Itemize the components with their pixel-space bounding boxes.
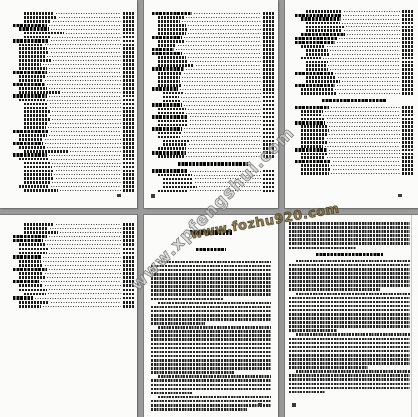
- toc-dot-leader: [182, 21, 261, 22]
- toc-entry-title: [19, 252, 47, 255]
- toc-entry-line: [13, 301, 134, 304]
- toc-entry-line: [295, 156, 413, 159]
- toc-dot-leader: [330, 61, 400, 62]
- body-paragraph: [289, 260, 410, 291]
- body-text-line: [289, 366, 368, 369]
- body-text-line: [289, 350, 410, 353]
- toc-entry-line: [13, 91, 134, 94]
- toc-entry-title: [19, 63, 41, 66]
- toc-dot-leader: [186, 41, 261, 42]
- body-text-line: [289, 383, 410, 386]
- toc-page-number: [123, 252, 134, 255]
- toc-entry-title: [152, 36, 182, 39]
- body-text-line: [151, 277, 271, 280]
- toc-entry-title: [301, 156, 325, 159]
- toc-entry-title: [19, 67, 47, 70]
- toc-dot-leader: [182, 136, 261, 137]
- toc-entry-title: [24, 181, 50, 184]
- toc-page-number: [402, 80, 413, 83]
- toc-entry-title: [13, 255, 41, 258]
- toc-page-number: [402, 33, 413, 36]
- toc-page-number: [263, 124, 274, 127]
- toc-page-number: [402, 92, 413, 95]
- body-paragraph: [289, 370, 410, 393]
- toc-entry-line: [13, 126, 134, 129]
- toc-entry-title: [19, 91, 60, 94]
- toc-dot-leader: [178, 45, 261, 46]
- toc-entry-line: [13, 272, 134, 275]
- toc-entry-line: [152, 128, 274, 131]
- toc-entry-title: [24, 114, 48, 117]
- toc-entry-line: [295, 114, 413, 117]
- toc-entry-title: [19, 99, 45, 102]
- toc-entry-title: [158, 108, 186, 111]
- toc-dot-leader: [51, 159, 121, 160]
- toc-entry-title: [19, 260, 41, 263]
- toc-section-heading: [295, 99, 413, 102]
- toc-page-number: [402, 88, 413, 91]
- toc-page-number: [123, 110, 134, 113]
- toc-entry-title: [301, 125, 327, 128]
- toc-page-number: [402, 68, 413, 71]
- toc-entry-line: [295, 106, 413, 109]
- toc-entry-line: [295, 118, 413, 121]
- toc-dot-leader: [49, 96, 121, 97]
- toc-page-number: [402, 110, 413, 113]
- toc-page-number: [402, 121, 413, 124]
- toc-entry-title: [306, 26, 344, 29]
- toc-page-number: [123, 59, 134, 62]
- toc-entry-title: [163, 92, 183, 95]
- toc-page-number: [123, 75, 134, 78]
- toc-entry-line: [295, 72, 413, 75]
- toc-entry-title: [19, 44, 43, 47]
- toc-entry-line: [152, 48, 274, 51]
- toc-dot-leader: [45, 139, 121, 140]
- toc-page-number: [123, 293, 134, 296]
- toc-entry-title: [306, 22, 340, 25]
- body-text-line: [151, 269, 271, 272]
- toc-page-number: [123, 181, 134, 184]
- toc-entry-title: [19, 59, 51, 62]
- toc-page-number: [123, 114, 134, 117]
- toc-page-number: [402, 141, 413, 144]
- toc-dot-leader: [49, 135, 121, 136]
- toc-entry-line: [152, 60, 274, 63]
- toc-entry-line: [13, 142, 134, 145]
- toc-entry-title: [301, 88, 333, 91]
- body-text-line: [289, 378, 410, 381]
- body-text-line: [151, 289, 271, 292]
- toc-page-number: [123, 20, 134, 23]
- toc-dot-leader: [332, 54, 400, 55]
- toc-dot-leader: [56, 224, 121, 225]
- toc-entry-title: [158, 80, 180, 83]
- toc-dot-leader: [184, 53, 261, 54]
- toc-page-number: [123, 32, 134, 35]
- toc-entry-line: [295, 41, 413, 44]
- toc-page-number: [402, 160, 413, 163]
- toc-page-number: [263, 12, 274, 15]
- toc-entry-line: [13, 173, 134, 176]
- toc-entry-line: [13, 268, 134, 271]
- body-text-line: [151, 388, 271, 391]
- toc-page-number: [123, 248, 134, 251]
- toc-entry-line: [295, 76, 413, 79]
- body-text-line: [151, 384, 271, 387]
- body-text-line: [289, 325, 410, 328]
- toc-entry-line: [295, 22, 413, 25]
- toc-entry-title: [158, 190, 188, 193]
- body-text-line: [151, 293, 271, 296]
- toc-dot-leader: [49, 25, 121, 26]
- toc-dot-leader: [335, 89, 400, 90]
- toc-entry-title: [158, 40, 184, 43]
- body-text-line: [289, 313, 410, 316]
- toc-dot-leader: [188, 57, 261, 58]
- toc-entry-title: [301, 92, 337, 95]
- toc-dot-leader: [52, 182, 121, 183]
- toc-page-number: [123, 239, 134, 242]
- toc-entry-title: [306, 53, 330, 56]
- toc-dot-leader: [47, 56, 121, 57]
- toc-entry-title: [301, 164, 329, 167]
- toc-dot-leader: [337, 85, 400, 86]
- toc-page-number: [402, 10, 413, 13]
- toc-entry-line: [152, 132, 274, 135]
- toc-dot-leader: [196, 65, 261, 66]
- toc-dot-leader: [337, 42, 400, 43]
- toc-entry-line: [295, 53, 413, 56]
- toc-page-number: [123, 36, 134, 39]
- toc-entry-line: [295, 172, 413, 175]
- toc-entry-title: [19, 272, 43, 275]
- toc-dot-leader: [188, 25, 261, 26]
- toc-dot-leader: [194, 175, 261, 176]
- scan-page-toc-2: [144, 0, 278, 208]
- toc-entry-title: [13, 280, 39, 283]
- toc-page-number: [123, 118, 134, 121]
- toc-dot-leader: [191, 140, 261, 141]
- toc-entry-title: [163, 143, 187, 146]
- toc-dot-leader: [53, 60, 121, 61]
- toc-page-number: [123, 256, 134, 259]
- toc-entry-title: [301, 137, 325, 140]
- toc-page-number: [123, 87, 134, 90]
- toc-entry-line: [295, 121, 413, 124]
- toc-entry-line: [152, 36, 274, 39]
- toc-entry-line: [13, 256, 134, 259]
- toc-dot-leader: [190, 61, 261, 62]
- toc-entry-title: [301, 133, 327, 136]
- toc-dot-leader: [56, 178, 121, 179]
- toc-entry-title: [158, 124, 188, 127]
- toc-page-number: [123, 305, 134, 308]
- toc-entry-title: [19, 134, 47, 137]
- toc-entry-line: [152, 20, 274, 23]
- body-paragraph: [151, 326, 271, 374]
- toc-dot-leader: [331, 165, 400, 166]
- toc-entry-title: [13, 130, 49, 133]
- toc-entry-title: [152, 67, 184, 70]
- toc-entry-title: [306, 76, 336, 79]
- toc-entry-line: [13, 189, 134, 192]
- body-text-line: [151, 379, 271, 382]
- toc-page-number: [263, 16, 274, 19]
- body-text-line: [151, 355, 271, 358]
- toc-entry-line: [13, 118, 134, 121]
- toc-dot-leader: [186, 113, 261, 114]
- toc-page-number: [263, 112, 274, 115]
- toc-entry-title: [158, 20, 180, 23]
- toc-entry-title: [301, 17, 341, 20]
- toc-entry-line: [152, 178, 274, 181]
- toc-entry-title: [19, 289, 47, 292]
- toc-page-number: [123, 289, 134, 292]
- toc-entry-line: [13, 239, 134, 242]
- toc-entry-line: [295, 137, 413, 140]
- body-text-line: [151, 334, 271, 337]
- toc-entry-title: [158, 56, 186, 59]
- toc-dot-leader: [49, 48, 121, 49]
- toc-entry-title: [19, 75, 45, 78]
- toc-dot-leader: [49, 289, 121, 290]
- toc-entry-title: [163, 140, 189, 143]
- toc-page-number: [123, 223, 134, 226]
- body-text-line: [296, 260, 410, 263]
- toc-page-number: [402, 172, 413, 175]
- body-paragraph: [151, 396, 271, 411]
- toc-entry-title: [19, 185, 49, 188]
- spacer: [151, 239, 271, 244]
- toc-entry-line: [152, 72, 274, 75]
- toc-entry-title: [19, 305, 41, 308]
- toc-entry-line: [13, 162, 134, 165]
- toc-entry-title: [24, 162, 50, 165]
- toc-entry-title: [301, 45, 325, 48]
- toc-entry-line: [295, 57, 413, 60]
- toc-entry-line: [295, 33, 413, 36]
- scan-page-toc-3: [285, 0, 418, 208]
- toc-entry-line: [13, 170, 134, 173]
- body-text-line: [289, 358, 410, 361]
- body-text-line: [158, 396, 271, 399]
- toc-entry-line: [13, 150, 134, 153]
- toc-dot-leader: [54, 174, 121, 175]
- body-text-line: [296, 370, 410, 373]
- toc-entry-line: [295, 164, 413, 167]
- toc-dot-leader: [183, 101, 261, 102]
- toc-entry-title: [19, 87, 47, 90]
- toc-dot-leader: [66, 33, 121, 34]
- toc-entry-title: [19, 138, 43, 141]
- toc-entry-line: [295, 45, 413, 48]
- toc-page-number: [123, 24, 134, 27]
- toc-dot-leader: [70, 151, 121, 152]
- toc-dot-leader: [184, 105, 261, 106]
- toc-entry-line: [13, 110, 134, 113]
- toc-entry-title: [301, 57, 321, 60]
- toc-entry-title: [301, 118, 325, 121]
- toc-dot-leader: [52, 37, 121, 38]
- toc-dot-leader: [52, 111, 121, 112]
- toc-dot-leader: [47, 147, 121, 148]
- toc-page-number: [263, 100, 274, 103]
- toc-entry-title: [19, 276, 45, 279]
- toc-dot-leader: [47, 277, 121, 278]
- toc-entry-line: [13, 248, 134, 251]
- toc-entry-title: [152, 169, 188, 172]
- toc-dot-leader: [47, 100, 121, 101]
- toc-entry-title: [301, 141, 327, 144]
- toc-page-number: [123, 134, 134, 137]
- toc-entry-line: [13, 280, 134, 283]
- body-text-line: [289, 276, 410, 279]
- toc-dot-leader: [50, 115, 121, 116]
- toc-entry-line: [13, 243, 134, 246]
- toc-page-number: [123, 162, 134, 165]
- toc-page-number: [263, 182, 274, 185]
- toc-page-number: [123, 150, 134, 153]
- toc-dot-leader: [327, 118, 400, 119]
- toc-entry-line: [13, 231, 134, 234]
- toc-page-number: [263, 170, 274, 173]
- toc-entry-line: [152, 68, 274, 71]
- toc-entry-title: [19, 79, 43, 82]
- toc-page-number: [123, 170, 134, 173]
- toc-entry-line: [13, 114, 134, 117]
- body-text-line: [289, 317, 410, 320]
- toc-page-number: [263, 104, 274, 107]
- toc-dot-leader: [330, 69, 400, 70]
- toc-page-number: [402, 22, 413, 25]
- toc-entry-line: [295, 29, 413, 32]
- toc-page-number: [263, 28, 274, 31]
- toc-entry-line: [13, 24, 134, 27]
- toc-dot-leader: [180, 89, 261, 90]
- body-text-line: [151, 281, 271, 284]
- toc-entry-line: [295, 145, 413, 148]
- body-text-line: [289, 391, 325, 394]
- toc-entry-line: [13, 83, 134, 86]
- toc-dot-leader: [53, 21, 121, 22]
- toc-dot-leader: [190, 116, 261, 117]
- toc-dot-leader: [181, 97, 261, 98]
- toc-dot-leader: [49, 269, 121, 270]
- body-text-line: [289, 305, 410, 308]
- toc-dot-leader: [35, 298, 121, 299]
- toc-dot-leader: [51, 186, 121, 187]
- toc-dot-leader: [52, 163, 121, 164]
- toc-entry-line: [13, 20, 134, 23]
- body-text-line: [151, 314, 271, 317]
- toc-entry-line: [152, 151, 274, 154]
- toc-entry-title: [158, 76, 180, 79]
- toc-dot-leader: [199, 186, 261, 187]
- toc-dot-leader: [344, 11, 400, 12]
- toc-page-number: [123, 185, 134, 188]
- toc-page-number: [402, 137, 413, 140]
- toc-dot-leader: [331, 130, 400, 131]
- body-text-line: [151, 400, 271, 403]
- toc-entry-line: [13, 227, 134, 230]
- toc-dot-leader: [60, 232, 121, 233]
- toc-page-number: [263, 128, 274, 131]
- body-text-line: [151, 265, 271, 268]
- toc-entry-title: [306, 80, 340, 83]
- toc-entry-line: [295, 64, 413, 67]
- toc-entry-title: [295, 121, 325, 124]
- toc-entry-title: [24, 227, 48, 230]
- body-text-line: [289, 272, 410, 275]
- toc-page-number: [123, 231, 134, 234]
- toc-entry-title: [301, 33, 345, 36]
- toc-page-number: [263, 140, 274, 143]
- toc-dot-leader: [49, 88, 121, 89]
- toc-entry-title: [24, 118, 50, 121]
- body-text-line: [289, 280, 410, 283]
- toc-entry-title: [13, 24, 47, 27]
- body-text-line: [151, 273, 271, 276]
- toc-dot-leader: [41, 281, 121, 282]
- toc-entry-title: [24, 150, 68, 153]
- toc-dot-leader: [51, 52, 121, 53]
- toc-entry-line: [152, 124, 274, 127]
- toc-entry-title: [306, 61, 328, 64]
- toc-entry-title: [163, 178, 193, 181]
- toc-page-number: [402, 29, 413, 32]
- toc-page-number: [263, 68, 274, 71]
- toc-entry-line: [152, 140, 274, 143]
- body-text-line: [289, 374, 410, 377]
- toc-page-number: [402, 57, 413, 60]
- toc-page-number: [123, 51, 134, 54]
- toc-page-number: [263, 178, 274, 181]
- toc-page-number: [402, 49, 413, 52]
- toc-entry-title: [13, 239, 43, 242]
- toc-entry-line: [152, 76, 274, 79]
- toc-dot-leader: [344, 30, 400, 31]
- toc-dot-leader: [188, 152, 261, 153]
- body-subheading: [289, 253, 410, 257]
- toc-dot-leader: [47, 244, 121, 245]
- toc-entry-line: [152, 155, 274, 158]
- toc-entry-line: [152, 182, 274, 185]
- toc-entry-title: [306, 49, 328, 52]
- toc-entry-line: [13, 28, 134, 31]
- toc-page-number: [123, 227, 134, 230]
- toc-entry-line: [152, 16, 274, 19]
- toc-page-number: [263, 96, 274, 99]
- toc-page-number: [123, 268, 134, 271]
- toc-page-number: [123, 138, 134, 141]
- toc-page-number: [263, 132, 274, 135]
- toc-entry-title: [19, 284, 43, 287]
- toc-entry-line: [13, 103, 134, 106]
- toc-dot-leader: [45, 44, 121, 45]
- body-text-line: [289, 242, 410, 245]
- toc-entry-line: [152, 174, 274, 177]
- toc-entry-title: [24, 177, 54, 180]
- toc-page-number: [402, 18, 413, 21]
- toc-entry-title: [158, 155, 184, 158]
- toc-entry-title: [152, 12, 192, 15]
- body-paragraph: [289, 333, 410, 368]
- toc-dot-leader: [49, 236, 121, 237]
- toc-page-number: [263, 48, 274, 51]
- toc-entry-title: [19, 146, 45, 149]
- toc-entry-line: [13, 51, 134, 54]
